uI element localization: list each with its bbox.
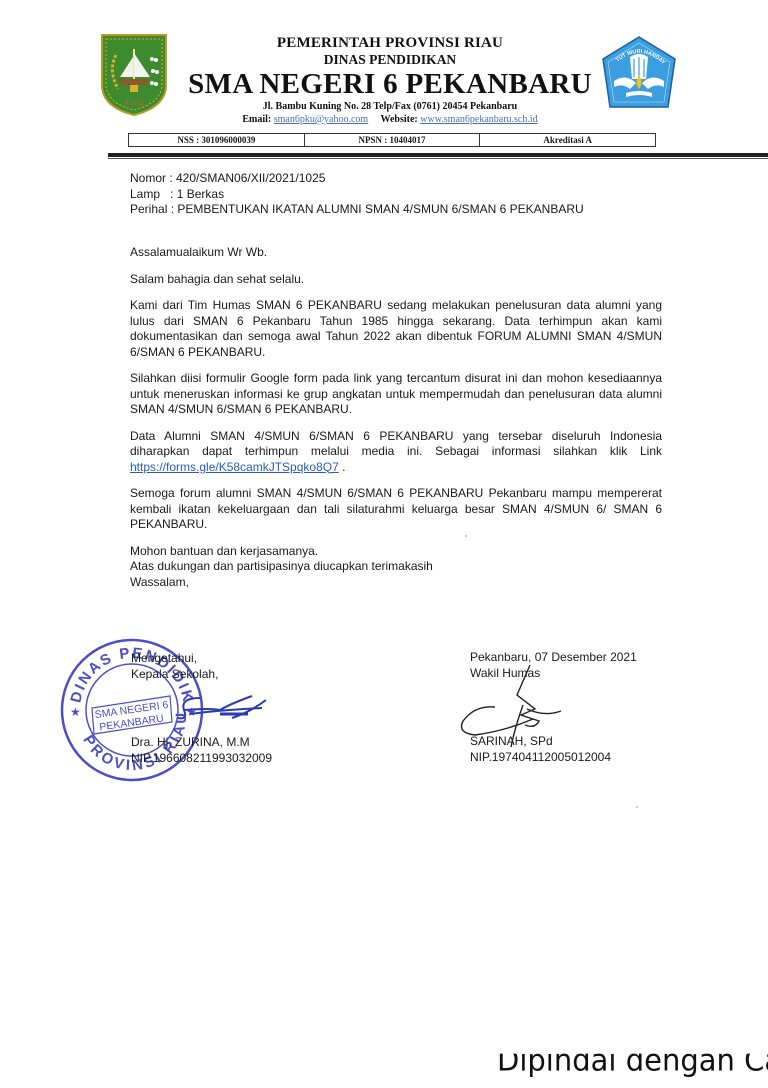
closing-line-3: Wassalam,	[130, 575, 662, 591]
school-address: Jl. Bambu Kuning No. 28 Telp/Fax (0761) …	[180, 100, 600, 113]
svg-text:★: ★	[70, 705, 81, 719]
humas-nip: NIP.197404112005012004	[470, 750, 611, 766]
attachment-value: : 1 Berkas	[170, 187, 224, 201]
attachment-row: Lamp : 1 Berkas	[130, 187, 584, 203]
humas-signature-icon	[455, 665, 575, 750]
letterhead-text: PEMERINTAH PROVINSI RIAU DINAS PENDIDIKA…	[180, 34, 600, 126]
letter-body: Assalamualaikum Wr Wb. Salam bahagia dan…	[130, 245, 662, 590]
principal-name: Dra. Hj. ZURINA, M.M	[131, 735, 250, 751]
nss-cell: NSS : 301096000039	[129, 134, 304, 146]
principal-title: Kepala Sekolah,	[131, 667, 218, 683]
scan-speck	[465, 535, 467, 537]
principal-signature-block: Mengetahui, Kepala Sekolah, Dra. Hj. ZUR…	[131, 651, 218, 682]
paragraph-1: Kami dari Tim Humas SMAN 6 PEKANBARU sed…	[130, 298, 662, 360]
letterhead-divider	[108, 153, 768, 157]
email-link[interactable]: sman6pku@yahoo.com	[274, 114, 368, 125]
website-label: Website:	[381, 114, 418, 125]
closing-line-2: Atas dukungan dan partisipasinya diucapk…	[130, 559, 662, 575]
contact-line: Email: sman6pku@yahoo.com Website: www.s…	[180, 113, 600, 126]
paragraph-4: Semoga forum alumni SMAN 4/SMUN 6/SMAN 6…	[130, 486, 662, 533]
principal-nip: NIP.196608211993032009	[131, 751, 272, 767]
riau-emblem-icon: R I A U	[100, 33, 168, 117]
salutation: Salam bahagia dan sehat selalu.	[130, 272, 662, 288]
accreditation-cell: Akreditasi A	[479, 134, 655, 146]
email-label: Email:	[242, 114, 271, 125]
greeting: Assalamualaikum Wr Wb.	[130, 245, 662, 261]
paragraph-3: Data Alumni SMAN 4/SMUN 6/SMAN 6 PEKANBA…	[130, 429, 662, 476]
letterhead: R I A U PEMERINTAH PROVINSI RIAU DINAS P…	[0, 0, 768, 165]
principal-signature-icon	[170, 690, 270, 730]
place-date: Pekanbaru, 07 Desember 2021	[470, 650, 637, 666]
school-id-table: NSS : 301096000039 NPSN : 10404017 Akred…	[128, 133, 656, 147]
letter-number: Nomor : 420/SMAN06/XII/2021/1025	[130, 171, 584, 187]
paragraph-2: Silahkan diisi formulir Google form pada…	[130, 371, 662, 418]
website-link[interactable]: www.sman6pekanbaru.sch.id	[420, 114, 537, 125]
scan-speck	[636, 806, 638, 808]
government-line: PEMERINTAH PROVINSI RIAU	[180, 34, 600, 52]
link-suffix: .	[339, 460, 346, 474]
tut-wuri-handayani-icon: TUT WURI HANDAYANI	[600, 35, 678, 117]
acknowledged-label: Mengetahui,	[131, 651, 218, 667]
school-name: SMA NEGERI 6 PEKANBARU	[180, 68, 600, 100]
svg-text:R I A U: R I A U	[125, 101, 144, 107]
closing: Mohon bantuan dan kerjasamanya. Atas duk…	[130, 544, 662, 591]
google-form-link[interactable]: https://forms.gle/K58camkJTSpqko8Q7	[130, 460, 339, 474]
closing-line-1: Mohon bantuan dan kerjasamanya.	[130, 544, 662, 560]
scanner-watermark: Dipindai dengan CamScanner	[497, 1042, 768, 1078]
department-line: DINAS PENDIDIKAN	[180, 52, 600, 68]
npsn-cell: NPSN : 10404017	[304, 134, 480, 146]
attachment-label: Lamp	[130, 187, 160, 203]
letterhead-divider-thin	[108, 158, 768, 159]
letter-meta: Nomor : 420/SMAN06/XII/2021/1025 Lamp : …	[130, 171, 584, 218]
paragraph-3-text: Data Alumni SMAN 4/SMUN 6/SMAN 6 PEKANBA…	[130, 429, 662, 459]
subject: Perihal : PEMBENTUKAN IKATAN ALUMNI SMAN…	[130, 202, 584, 218]
